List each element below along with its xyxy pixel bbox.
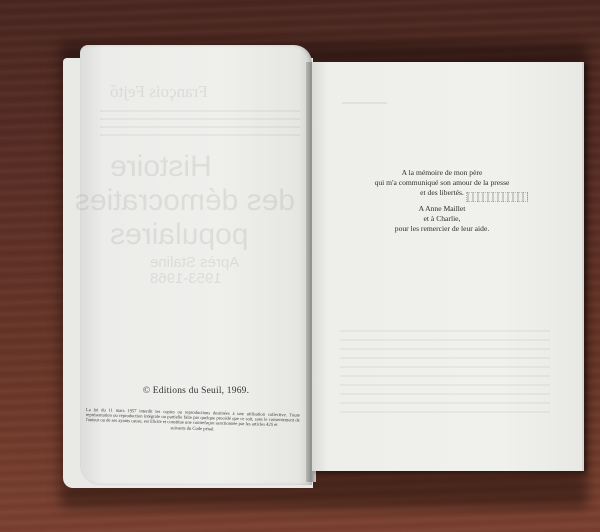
show-through-title: Histoire des démocraties populaires: [110, 150, 295, 252]
show-through-lines-right: [340, 330, 550, 420]
show-through-subtitle: Après Staline 1953-1968: [150, 255, 280, 287]
show-through-lines: [100, 110, 300, 142]
faint-stamp-mark: [466, 192, 528, 202]
dedication-anne-charlie: A Anne Maillet et à Charlie, pour les re…: [322, 204, 562, 234]
show-through-author: François Fejtő: [110, 82, 208, 102]
photo-scene: François Fejtő Histoire des démocraties …: [0, 0, 600, 532]
show-through-header: [342, 102, 387, 104]
dedication: A la mémoire de mon père qui m'a communi…: [322, 168, 562, 240]
copyright-line: © Editions du Seuil, 1969.: [80, 386, 312, 396]
